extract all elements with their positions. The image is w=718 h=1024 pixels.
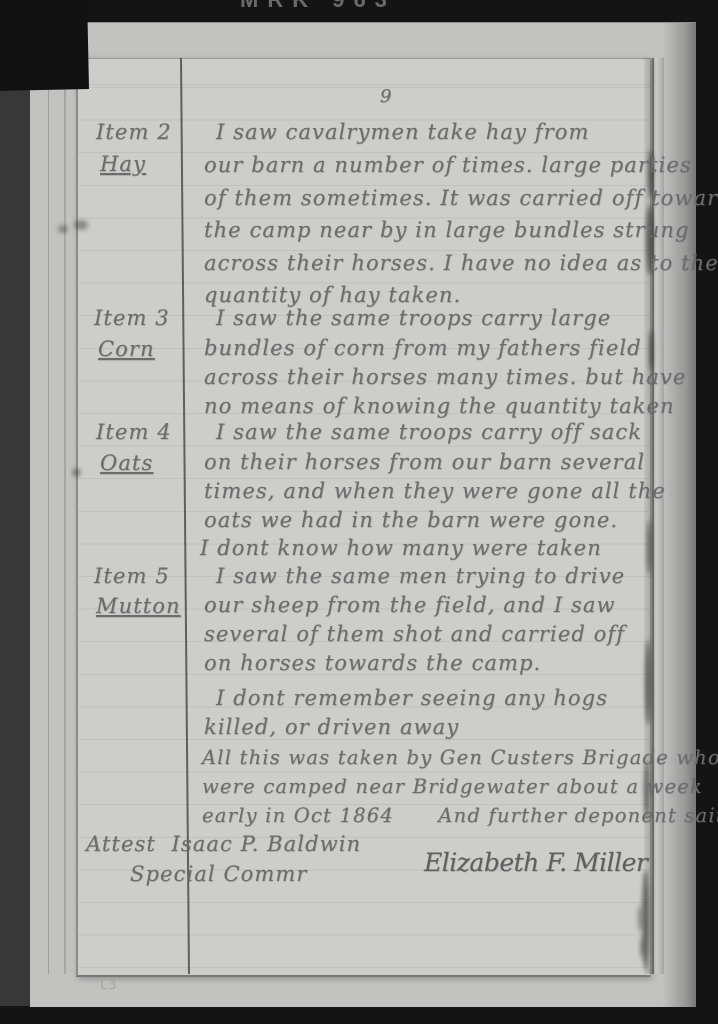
deposition-line: I saw the same troops carry off sack [216,420,642,444]
signature: Elizabeth F. Miller [424,848,647,877]
closing-line: All this was taken by Gen Custers Brigad… [202,746,718,769]
deposition-line: oats we had in the barn were gone. [204,508,618,532]
corner-mark: L3 [100,978,118,994]
edge-smudge [638,905,642,931]
deposition-line: I saw the same men trying to drive [216,564,625,588]
closing-line: I dont remember seeing any hogs [216,686,608,710]
attest-line: Attest Isaac P. Baldwin [86,832,361,856]
closing-line: early in Oct 1864 And further deponent s… [202,804,718,827]
item-subject: Corn [98,337,155,361]
deposition-line: across their horses. I have no idea as t… [204,251,718,275]
left-shadow-band [0,22,30,1006]
commissioner-title: Special Commr [130,862,308,886]
item-subject: Oats [100,451,153,475]
edge-smudge [647,520,651,575]
deposition-line: our sheep from the field, and I saw [204,593,616,617]
microfilm-header-text: MRK 963 [240,0,396,12]
item-label: Item 4 [96,420,172,444]
item-subject: Hay [100,152,146,176]
deposition-line: on horses towards the camp. [204,651,541,675]
edge-smudge [640,938,644,958]
page-number: 9 [380,86,393,107]
edge-smudge [645,640,651,725]
closing-line: were camped near Bridgewater about a wee… [202,775,703,798]
deposition-line: times, and when they were gone all the [204,479,666,503]
deposition-line: our barn a number of times. large partie… [204,153,692,177]
edge-smudge [72,468,81,477]
deposition-line: I dont know how many were taken [200,536,602,560]
deposition-line: I saw the same troops carry large [216,306,611,330]
fold-line [64,58,66,974]
deposition-line: no means of knowing the quantity taken [204,394,675,418]
deposition-line: I saw cavalrymen take hay from [216,120,589,144]
deposition-line: across their horses many times. but have [204,365,686,389]
fold-line [48,58,49,974]
edge-smudge [58,225,68,233]
deposition-line: quantity of hay taken. [204,283,461,307]
deposition-line: bundles of corn from my fathers field [204,336,642,360]
item-label: Item 2 [96,120,172,144]
top-left-black-corner [0,0,89,91]
deposition-line: on their horses from our barn several [204,450,645,474]
item-label: Item 3 [94,306,170,330]
item-label: Item 5 [94,564,170,588]
microfilm-header: MRK 963 [240,0,540,12]
deposition-line: of them sometimes. It was carried off to… [204,186,718,210]
deposition-line: the camp near by in large bundles strung [204,218,690,242]
document-scan: MRK 963 9 Item 2 Hay I saw cavalrymen ta… [0,0,718,1024]
item-subject: Mutton [96,594,181,618]
deposition-line: several of them shot and carried off [204,622,625,646]
closing-line: killed, or driven away [204,715,459,739]
edge-smudge [74,220,88,230]
